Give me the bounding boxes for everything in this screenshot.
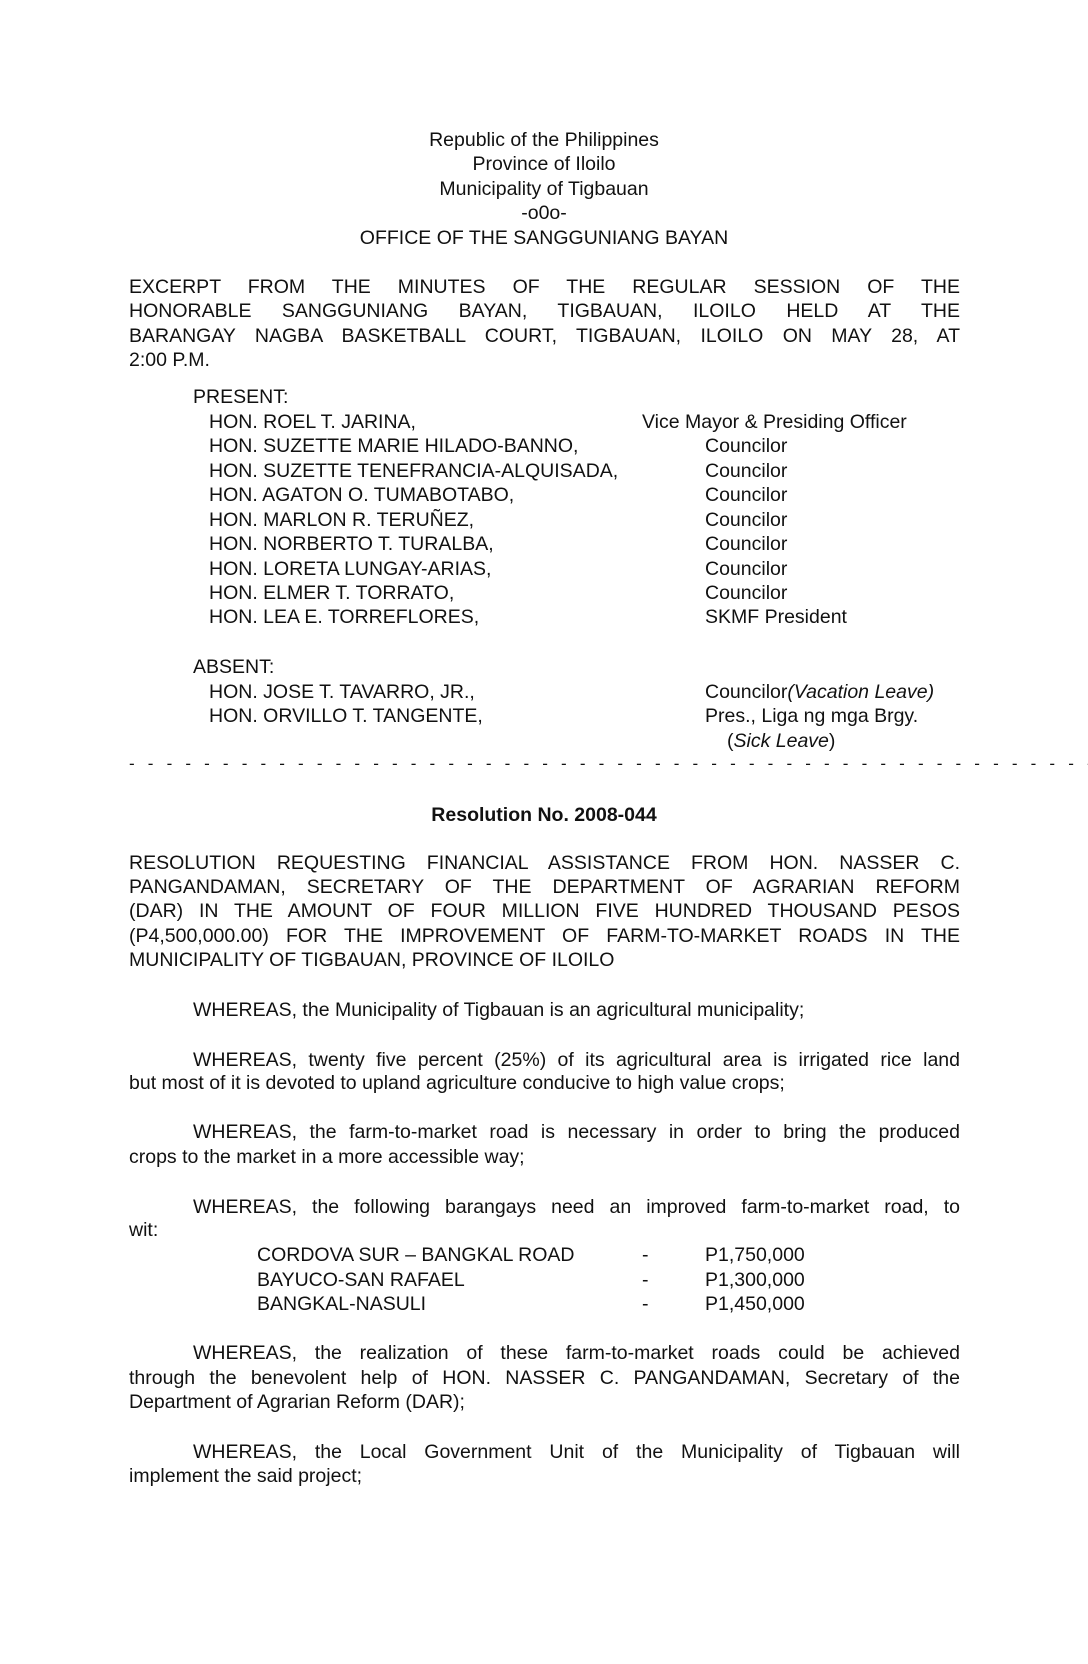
- whereas-clause: WHEREAS, twenty five percent (25%) of it…: [193, 1048, 960, 1072]
- attendee-name: HON. LORETA LUNGAY-ARIAS,: [209, 557, 491, 581]
- excerpt-line: HONORABLE SANGGUNIANG BAYAN, TIGBAUAN, I…: [129, 299, 960, 323]
- road-name: BAYUCO-SAN RAFAEL: [257, 1268, 465, 1292]
- whereas-clause: WHEREAS, the following barangays need an…: [193, 1195, 960, 1219]
- attendee-name: HON. ROEL T. JARINA,: [209, 410, 416, 434]
- resolution-title-line: RESOLUTION REQUESTING FINANCIAL ASSISTAN…: [129, 851, 960, 875]
- header-municipality: Municipality of Tigbauan: [0, 177, 1088, 201]
- attendee-name: HON. AGATON O. TUMABOTABO,: [209, 483, 514, 507]
- header-republic: Republic of the Philippines: [0, 128, 1088, 152]
- road-amount: P1,450,000: [705, 1292, 805, 1316]
- attendee-position: Councilor: [705, 557, 787, 581]
- attendee-position: Councilor: [705, 434, 787, 458]
- road-name: BANGKAL-NASULI: [257, 1292, 426, 1316]
- attendee-name: HON. SUZETTE MARIE HILADO-BANNO,: [209, 434, 578, 458]
- whereas-clause: WHEREAS, the farm-to-market road is nece…: [193, 1120, 960, 1144]
- absence-note: (Vacation Leave): [787, 681, 934, 703]
- whereas-clause-cont: through the benevolent help of HON. NASS…: [129, 1366, 960, 1390]
- absentee-position-text: Councilor: [705, 681, 787, 703]
- resolution-title-line: PANGANDAMAN, SECRETARY OF THE DEPARTMENT…: [129, 875, 960, 899]
- whereas-clause-cont: Department of Agrarian Reform (DAR);: [129, 1390, 465, 1414]
- absentee-position: Councilor(Vacation Leave): [705, 680, 934, 704]
- whereas-clause: WHEREAS, the realization of these farm-t…: [193, 1341, 960, 1365]
- whereas-clause-cont: crops to the market in a more accessible…: [129, 1145, 525, 1169]
- absentee-name: HON. JOSE T. TAVARRO, JR.,: [209, 680, 475, 704]
- whereas-clause: WHEREAS, the Municipality of Tigbauan is…: [193, 998, 804, 1022]
- resolution-number: Resolution No. 2008-044: [0, 803, 1088, 827]
- whereas-clause-cont: but most of it is devoted to upland agri…: [129, 1071, 785, 1095]
- road-name: CORDOVA SUR – BANGKAL ROAD: [257, 1243, 575, 1267]
- road-separator: -: [642, 1268, 649, 1292]
- resolution-title-line: (P4,500,000.00) FOR THE IMPROVEMENT OF F…: [129, 924, 960, 948]
- present-label: PRESENT:: [193, 385, 288, 409]
- attendee-name: HON. LEA E. TORREFLORES,: [209, 605, 479, 629]
- absence-note-text: Sick Leave: [734, 730, 829, 752]
- attendee-position: Vice Mayor & Presiding Officer: [642, 410, 907, 434]
- header-province: Province of Iloilo: [0, 152, 1088, 176]
- excerpt-line: EXCERPT FROM THE MINUTES OF THE REGULAR …: [129, 275, 960, 299]
- whereas-clause-cont: implement the said project;: [129, 1464, 362, 1488]
- attendee-position: SKMF President: [705, 605, 847, 629]
- absent-label: ABSENT:: [193, 655, 274, 679]
- absentee-name: HON. ORVILLO T. TANGENTE,: [209, 704, 483, 728]
- attendee-position: Councilor: [705, 483, 787, 507]
- attendee-position: Councilor: [705, 459, 787, 483]
- absentee-position: Pres., Liga ng mga Brgy.: [705, 704, 918, 728]
- header-separator: -o0o-: [0, 201, 1088, 225]
- whereas-clause-cont: wit:: [129, 1218, 158, 1242]
- road-separator: -: [642, 1243, 649, 1267]
- attendee-position: Councilor: [705, 508, 787, 532]
- attendee-position: Councilor: [705, 581, 787, 605]
- attendee-position: Councilor: [705, 532, 787, 556]
- whereas-clause: WHEREAS, the Local Government Unit of th…: [193, 1440, 960, 1464]
- absence-note: (Sick Leave): [727, 729, 835, 753]
- paren-close: ): [829, 730, 836, 752]
- attendee-name: HON. ELMER T. TORRATO,: [209, 581, 454, 605]
- excerpt-line: BARANGAY NAGBA BASKETBALL COURT, TIGBAUA…: [129, 324, 960, 348]
- resolution-title-line: MUNICIPALITY OF TIGBAUAN, PROVINCE OF IL…: [129, 948, 614, 972]
- attendee-name: HON. MARLON R. TERUÑEZ,: [209, 508, 474, 532]
- section-divider: - - - - - - - - - - - - - - - - - - - - …: [129, 752, 1088, 776]
- attendee-name: HON. SUZETTE TENEFRANCIA-ALQUISADA,: [209, 459, 618, 483]
- road-amount: P1,300,000: [705, 1268, 805, 1292]
- resolution-title-line: (DAR) IN THE AMOUNT OF FOUR MILLION FIVE…: [129, 899, 960, 923]
- header-office: OFFICE OF THE SANGGUNIANG BAYAN: [0, 226, 1088, 250]
- excerpt-line: 2:00 P.M.: [129, 348, 210, 372]
- road-separator: -: [642, 1292, 649, 1316]
- road-amount: P1,750,000: [705, 1243, 805, 1267]
- attendee-name: HON. NORBERTO T. TURALBA,: [209, 532, 494, 556]
